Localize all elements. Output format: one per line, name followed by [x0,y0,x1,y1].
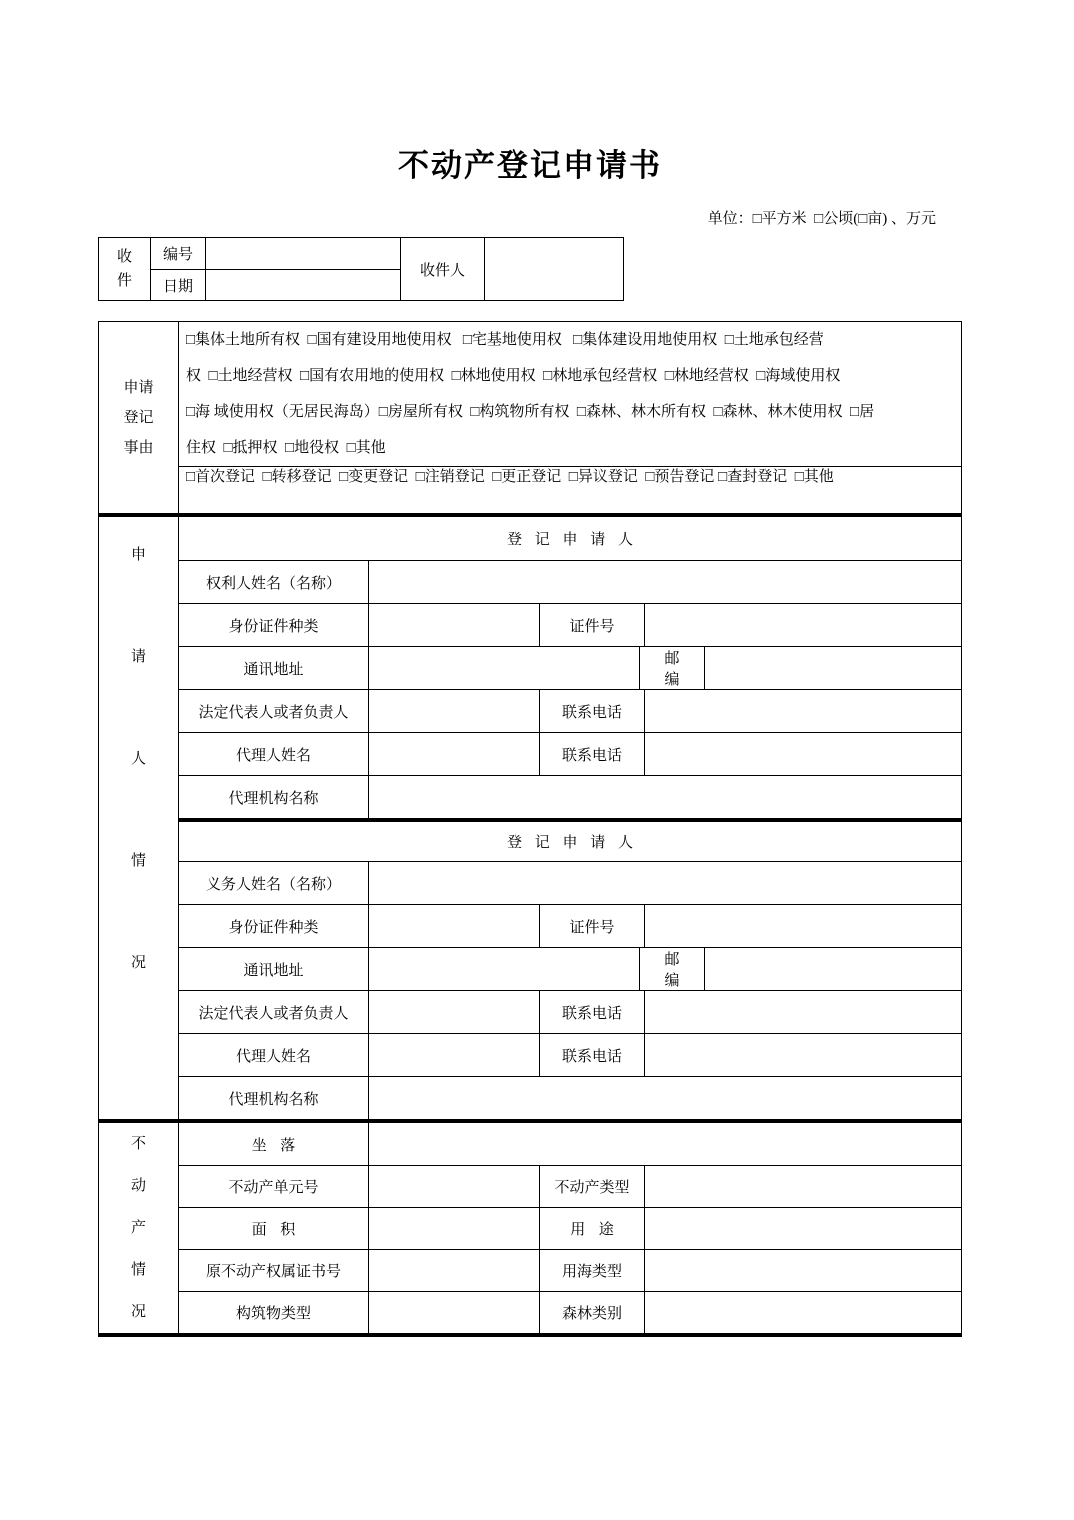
agent-row: 代理人姓名 联系电话 [179,732,961,775]
section-registration-reason: 申请 登记 事由 □集体土地所有权 □国有建设用地使用权 □宅基地使用权 □集体… [99,322,961,513]
receipt-mid: 编号 日期 [151,238,401,300]
section-property-info: 不 动 产 情 况 坐落 不动产单元号 不动产类型 面积 [99,1119,961,1333]
id-type-value-cell [368,604,539,646]
id-number-label: 证件号 [539,604,644,646]
receipt-section-label: 收 件 [99,238,151,300]
address-value-cell [368,647,639,689]
usage-label: 用途 [539,1208,644,1249]
sea-usage-type-value-cell [644,1250,961,1291]
obligor-name-label: 义务人姓名（名称） [179,862,368,904]
postcode-value-cell [704,647,961,689]
obligor-name-row: 义务人姓名（名称） [179,861,961,904]
id-row: 身份证件种类 证件号 [179,904,961,947]
forest-category-value-cell [644,1292,961,1333]
area-row: 面积 用途 [179,1207,961,1249]
applicant-block1-header: 登记申请人 [179,517,961,560]
id-number-value-cell [644,604,961,646]
agent-name-value-cell [368,733,539,775]
postcode-label: 邮编 [639,948,704,990]
property-body: 坐落 不动产单元号 不动产类型 面积 用途 原不动产权属证书号 [179,1123,961,1333]
applicant-block2-header: 登记申请人 [179,818,961,861]
property-label-char: 产 [131,1220,146,1236]
id-number-value-cell [644,905,961,947]
form-page: 不动产登记申请书 单位：□平方米 □公顷(□亩) 、万元 收 件 编号 日期 收… [0,0,1074,1520]
address-label: 通讯地址 [179,647,368,689]
receipt-number-label: 编号 [151,238,206,269]
registration-applicant-header: 登记申请人 [494,822,646,861]
agent-phone-label: 联系电话 [539,1034,644,1076]
agency-name-label: 代理机构名称 [179,1077,368,1119]
registration-types-line: □首次登记 □转移登记 □变更登记 □注销登记 □更正登记 □异议登记 □预告登… [186,467,834,513]
postcode-label: 邮编 [639,647,704,689]
application-form-table: 申请 登记 事由 □集体土地所有权 □国有建设用地使用权 □宅基地使用权 □集体… [98,321,962,1337]
phone-value-cell [644,991,961,1033]
sea-usage-type-label: 用海类型 [539,1250,644,1291]
agent-phone-value-cell [644,733,961,775]
legal-rep-label: 法定代表人或者负责人 [179,991,368,1033]
agency-name-value-cell [368,776,961,818]
property-label-char: 不 [131,1136,146,1152]
applicant-label-char: 情 [131,853,146,869]
agent-name-value-cell [368,1034,539,1076]
rights-line-4: 住权 □抵押权 □地役权 □其他 [186,430,961,466]
agency-name-value-cell [368,1077,961,1119]
applicant-label-char: 况 [131,955,146,971]
phone-value-cell [644,690,961,732]
obligor-name-value-cell [368,862,961,904]
legal-rep-row: 法定代表人或者负责人 联系电话 [179,990,961,1033]
rights-line-1: □集体土地所有权 □国有建设用地使用权 □宅基地使用权 □集体建设用地使用权 □… [186,322,961,358]
location-value-cell [368,1123,961,1165]
applicant-label-char: 人 [131,751,146,767]
registration-types-row: □首次登记 □转移登记 □变更登记 □注销登记 □更正登记 □异议登记 □预告登… [179,466,961,513]
property-unit-number-value-cell [368,1166,539,1207]
rights-line-3: □海 域使用权（无居民海岛）□房屋所有权 □构筑物所有权 □森林、林木所有权 □… [186,394,961,430]
id-number-label: 证件号 [539,905,644,947]
section-applicant-info: 申 请 人 情 况 登记申请人 权利人姓名（名称） 身份证件种类 证件号 [99,513,961,1119]
owner-name-value-cell [368,561,961,603]
legal-rep-value-cell [368,690,539,732]
registration-applicant-header: 登记申请人 [494,517,646,560]
orig-certificate-label: 原不动产权属证书号 [179,1250,368,1291]
legal-rep-value-cell [368,991,539,1033]
orig-certificate-value-cell [368,1250,539,1291]
address-row: 通讯地址 邮编 [179,947,961,990]
agency-row: 代理机构名称 [179,775,961,818]
property-label-char: 况 [131,1304,146,1320]
legal-rep-row: 法定代表人或者负责人 联系电话 [179,689,961,732]
id-type-label: 身份证件种类 [179,905,368,947]
receipt-date-value-cell [206,270,400,300]
legal-rep-label: 法定代表人或者负责人 [179,690,368,732]
structure-type-label: 构筑物类型 [179,1292,368,1333]
owner-name-row: 权利人姓名（名称） [179,560,961,603]
receipt-number-value-cell [206,238,400,269]
receipt-table: 收 件 编号 日期 收件人 [98,237,624,301]
address-row: 通讯地址 邮编 [179,646,961,689]
agent-name-label: 代理人姓名 [179,1034,368,1076]
unit-number-row: 不动产单元号 不动产类型 [179,1165,961,1207]
address-label: 通讯地址 [179,948,368,990]
area-label: 面积 [179,1208,368,1249]
page-title: 不动产登记申请书 [98,0,962,185]
usage-value-cell [644,1208,961,1249]
property-label-char: 情 [131,1262,146,1278]
address-value-cell [368,948,639,990]
location-row: 坐落 [179,1123,961,1165]
reason-section-label: 申请 登记 事由 [99,322,179,513]
area-value-cell [368,1208,539,1249]
phone-label: 联系电话 [539,991,644,1033]
property-unit-number-label: 不动产单元号 [179,1166,368,1207]
agent-name-label: 代理人姓名 [179,733,368,775]
phone-label: 联系电话 [539,690,644,732]
agent-phone-value-cell [644,1034,961,1076]
id-type-value-cell [368,905,539,947]
structure-type-row: 构筑物类型 森林类别 [179,1291,961,1333]
location-label: 坐落 [179,1123,368,1165]
agency-row: 代理机构名称 [179,1076,961,1119]
receipt-date-label: 日期 [151,270,206,300]
reason-body: □集体土地所有权 □国有建设用地使用权 □宅基地使用权 □集体建设用地使用权 □… [179,322,961,513]
property-section-label: 不 动 产 情 况 [99,1123,179,1333]
orig-certificate-row: 原不动产权属证书号 用海类型 [179,1249,961,1291]
property-type-label: 不动产类型 [539,1166,644,1207]
forest-category-label: 森林类别 [539,1292,644,1333]
agent-row: 代理人姓名 联系电话 [179,1033,961,1076]
receiver-value-cell [485,238,623,300]
agent-phone-label: 联系电话 [539,733,644,775]
applicant-body: 登记申请人 权利人姓名（名称） 身份证件种类 证件号 通讯地址 邮编 [179,517,961,1119]
applicant-label-char: 申 [131,547,146,563]
receipt-date-row: 日期 [151,269,400,300]
owner-name-label: 权利人姓名（名称） [179,561,368,603]
structure-type-value-cell [368,1292,539,1333]
rights-line-2: 权 □土地经营权 □国有农用地的使用权 □林地使用权 □林地承包经营权 □林地经… [186,358,961,394]
receiver-label: 收件人 [401,238,485,300]
applicant-label-char: 请 [131,649,146,665]
applicant-section-label: 申 请 人 情 况 [99,517,179,1119]
rights-checkbox-row: □集体土地所有权 □国有建设用地使用权 □宅基地使用权 □集体建设用地使用权 □… [179,322,961,466]
agency-name-label: 代理机构名称 [179,776,368,818]
id-row: 身份证件种类 证件号 [179,603,961,646]
property-label-char: 动 [131,1178,146,1194]
unit-note: 单位：□平方米 □公顷(□亩) 、万元 [98,207,962,228]
id-type-label: 身份证件种类 [179,604,368,646]
property-type-value-cell [644,1166,961,1207]
receipt-number-row: 编号 [151,238,400,269]
postcode-value-cell [704,948,961,990]
